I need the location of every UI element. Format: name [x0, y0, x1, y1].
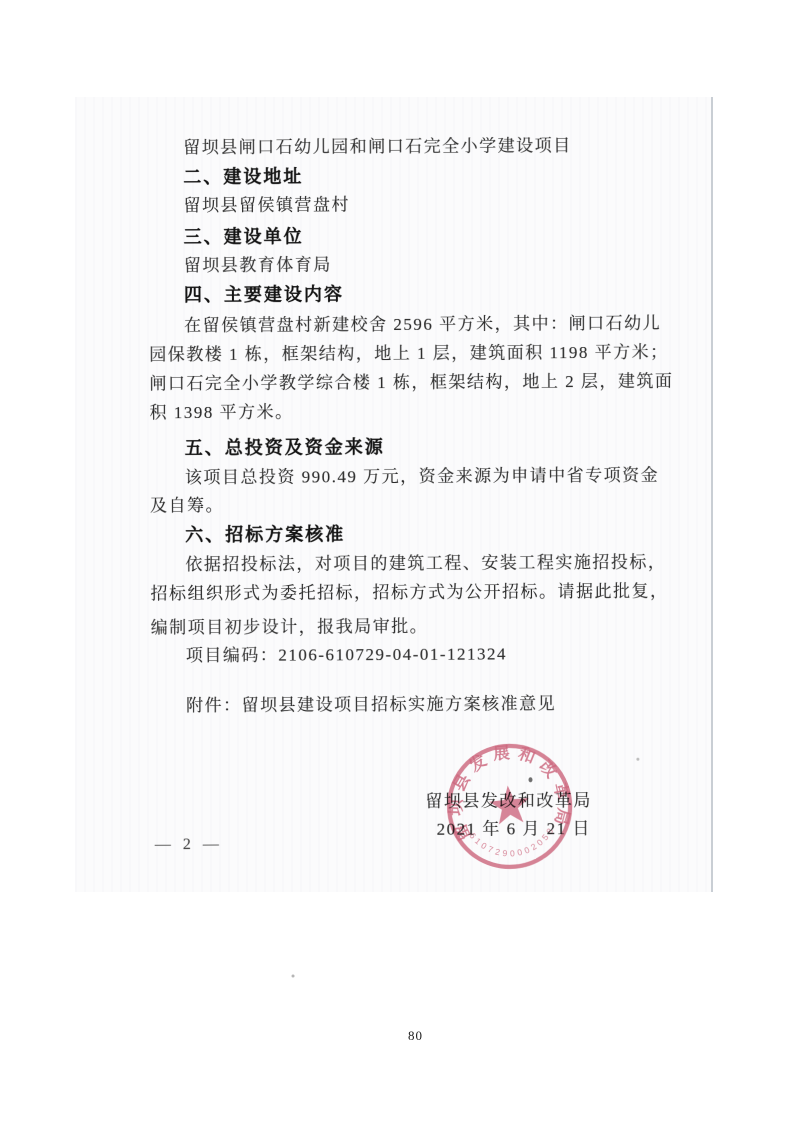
- section-5-line1: 该项目总投资 990.49 万元，资金来源为申请中省专项资金: [185, 461, 659, 488]
- section-4-line4: 积 1398 平方米。: [149, 398, 293, 424]
- official-seal: 留坝县发展和改革局 6107290002058: [428, 725, 591, 888]
- section-3-body: 留坝县教育体育局: [184, 250, 332, 276]
- section-2-heading: 二、建设地址: [183, 162, 303, 189]
- section-2-body: 留坝县留侯镇营盘村: [183, 190, 350, 216]
- project-code-line: 项目编码：2106-610729-04-01-121324: [186, 639, 507, 666]
- section-4-line3: 闸口石完全小学教学综合楼 1 栋，框架结构，地上 2 层，建筑面: [149, 367, 673, 395]
- seal-graphic: 留坝县发展和改革局 6107290002058: [428, 725, 591, 888]
- page-number-marker: — 2 —: [155, 836, 223, 854]
- section-5-line2: 及自筹。: [150, 491, 224, 516]
- footer-page-number: 80: [408, 1028, 423, 1044]
- section-6-line1: 依据招投标法，对项目的建筑工程、安装工程实施招投标，: [185, 548, 666, 576]
- section-5-heading: 五、总投资及资金来源: [185, 433, 385, 460]
- section-4-line1: 在留侯镇营盘村新建校舍 2596 平方米，其中：闸口石幼儿: [184, 309, 661, 336]
- scanned-document-viewer: 留坝县闸口石幼儿园和闸口石完全小学建设项目 二、建设地址 留坝县留侯镇营盘村 三…: [0, 0, 793, 1122]
- section-6-line2: 招标组织形式为委托招标，招标方式为公开招标。请据此批复，: [150, 577, 668, 605]
- seal-star-icon: [488, 784, 531, 826]
- section-3-heading: 三、建设单位: [184, 222, 304, 249]
- scanned-page: 留坝县闸口石幼儿园和闸口石完全小学建设项目 二、建设地址 留坝县留侯镇营盘村 三…: [75, 97, 713, 892]
- section-6-heading: 六、招标方案核准: [185, 520, 345, 547]
- section-4-line2: 园保教楼 1 栋，框架结构，地上 1 层，建筑面积 1198 平方米；: [149, 338, 668, 366]
- ink-speck: [636, 758, 639, 761]
- document-content: 留坝县闸口石幼儿园和闸口石完全小学建设项目 二、建设地址 留坝县留侯镇营盘村 三…: [73, 95, 713, 893]
- ink-speck: [528, 777, 532, 782]
- attachment-line: 附件：留坝县建设项目招标实施方案核准意见: [186, 689, 556, 716]
- section-6-line3: 编制项目初步设计，报我局审批。: [151, 612, 429, 638]
- section-4-heading: 四、主要建设内容: [184, 280, 344, 307]
- ink-speck: [292, 975, 295, 978]
- project-title-line: 留坝县闸口石幼儿园和闸口石完全小学建设项目: [183, 131, 572, 158]
